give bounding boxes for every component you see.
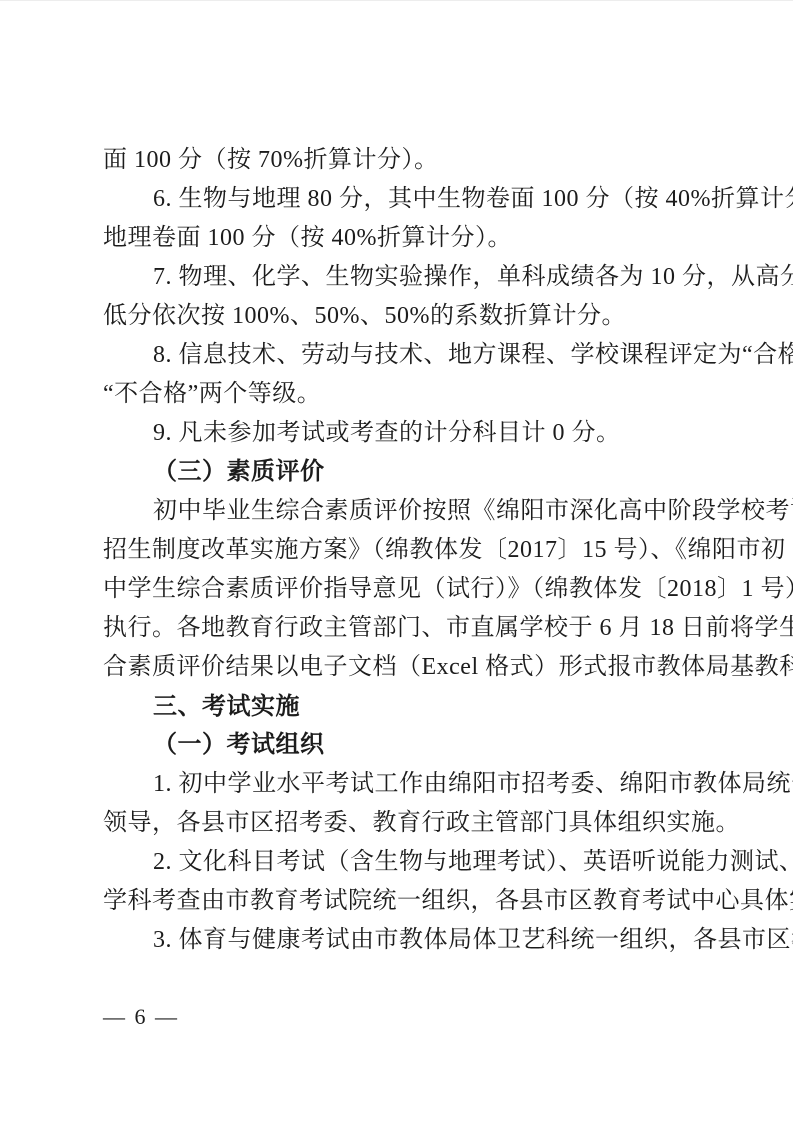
doc-line: 中学生综合素质评价指导意见（试行）》（绵教体发〔2018〕1 号） (103, 570, 715, 609)
heading-part-3-exam-implementation: 三、考试实施 (103, 687, 715, 726)
document-page: 面 100 分（按 70%折算计分）。 6. 生物与地理 80 分，其中生物卷面… (0, 0, 793, 1123)
doc-line-item-3: 3. 体育与健康考试由市教体局体卫艺科统一组织，各县市区教 (103, 921, 715, 960)
doc-line: 低分依次按 100%、50%、50%的系数折算计分。 (103, 297, 715, 336)
doc-line: 面 100 分（按 70%折算计分）。 (103, 141, 715, 180)
doc-line-item-8: 8. 信息技术、劳动与技术、地方课程、学校课程评定为“合格” (103, 336, 715, 375)
doc-line: 合素质评价结果以电子文档（Excel 格式）形式报市教体局基教科。 (103, 648, 715, 687)
doc-line-item-2: 2. 文化科目考试（含生物与地理考试）、英语听说能力测试、艺术 (103, 843, 715, 882)
doc-line: “不合格”两个等级。 (103, 375, 715, 414)
heading-section-3-quality-evaluation: （三）素质评价 (103, 453, 715, 492)
doc-line: 招生制度改革实施方案》（绵教体发〔2017〕15 号）、《绵阳市初 (103, 531, 715, 570)
doc-line: 领导，各县市区招考委、教育行政主管部门具体组织实施。 (103, 804, 715, 843)
doc-line: 地理卷面 100 分（按 40%折算计分）。 (103, 219, 715, 258)
doc-line: 初中毕业生综合素质评价按照《绵阳市深化高中阶段学校考试 (103, 492, 715, 531)
doc-line: 执行。各地教育行政主管部门、市直属学校于 6 月 18 日前将学生综 (103, 609, 715, 648)
doc-line: 学科考查由市教育考试院统一组织，各县市区教育考试中心具体实施。 (103, 882, 715, 921)
document-body: 面 100 分（按 70%折算计分）。 6. 生物与地理 80 分，其中生物卷面… (103, 141, 715, 960)
doc-line-item-1: 1. 初中学业水平考试工作由绵阳市招考委、绵阳市教体局统一 (103, 765, 715, 804)
doc-line-item-6: 6. 生物与地理 80 分，其中生物卷面 100 分（按 40%折算计分）、 (103, 180, 715, 219)
heading-section-1-exam-organization: （一）考试组织 (103, 726, 715, 765)
doc-line-item-7: 7. 物理、化学、生物实验操作，单科成绩各为 10 分，从高分到 (103, 258, 715, 297)
doc-line-item-9: 9. 凡未参加考试或考查的计分科目计 0 分。 (103, 414, 715, 453)
page-number: — 6 — (103, 1002, 179, 1032)
